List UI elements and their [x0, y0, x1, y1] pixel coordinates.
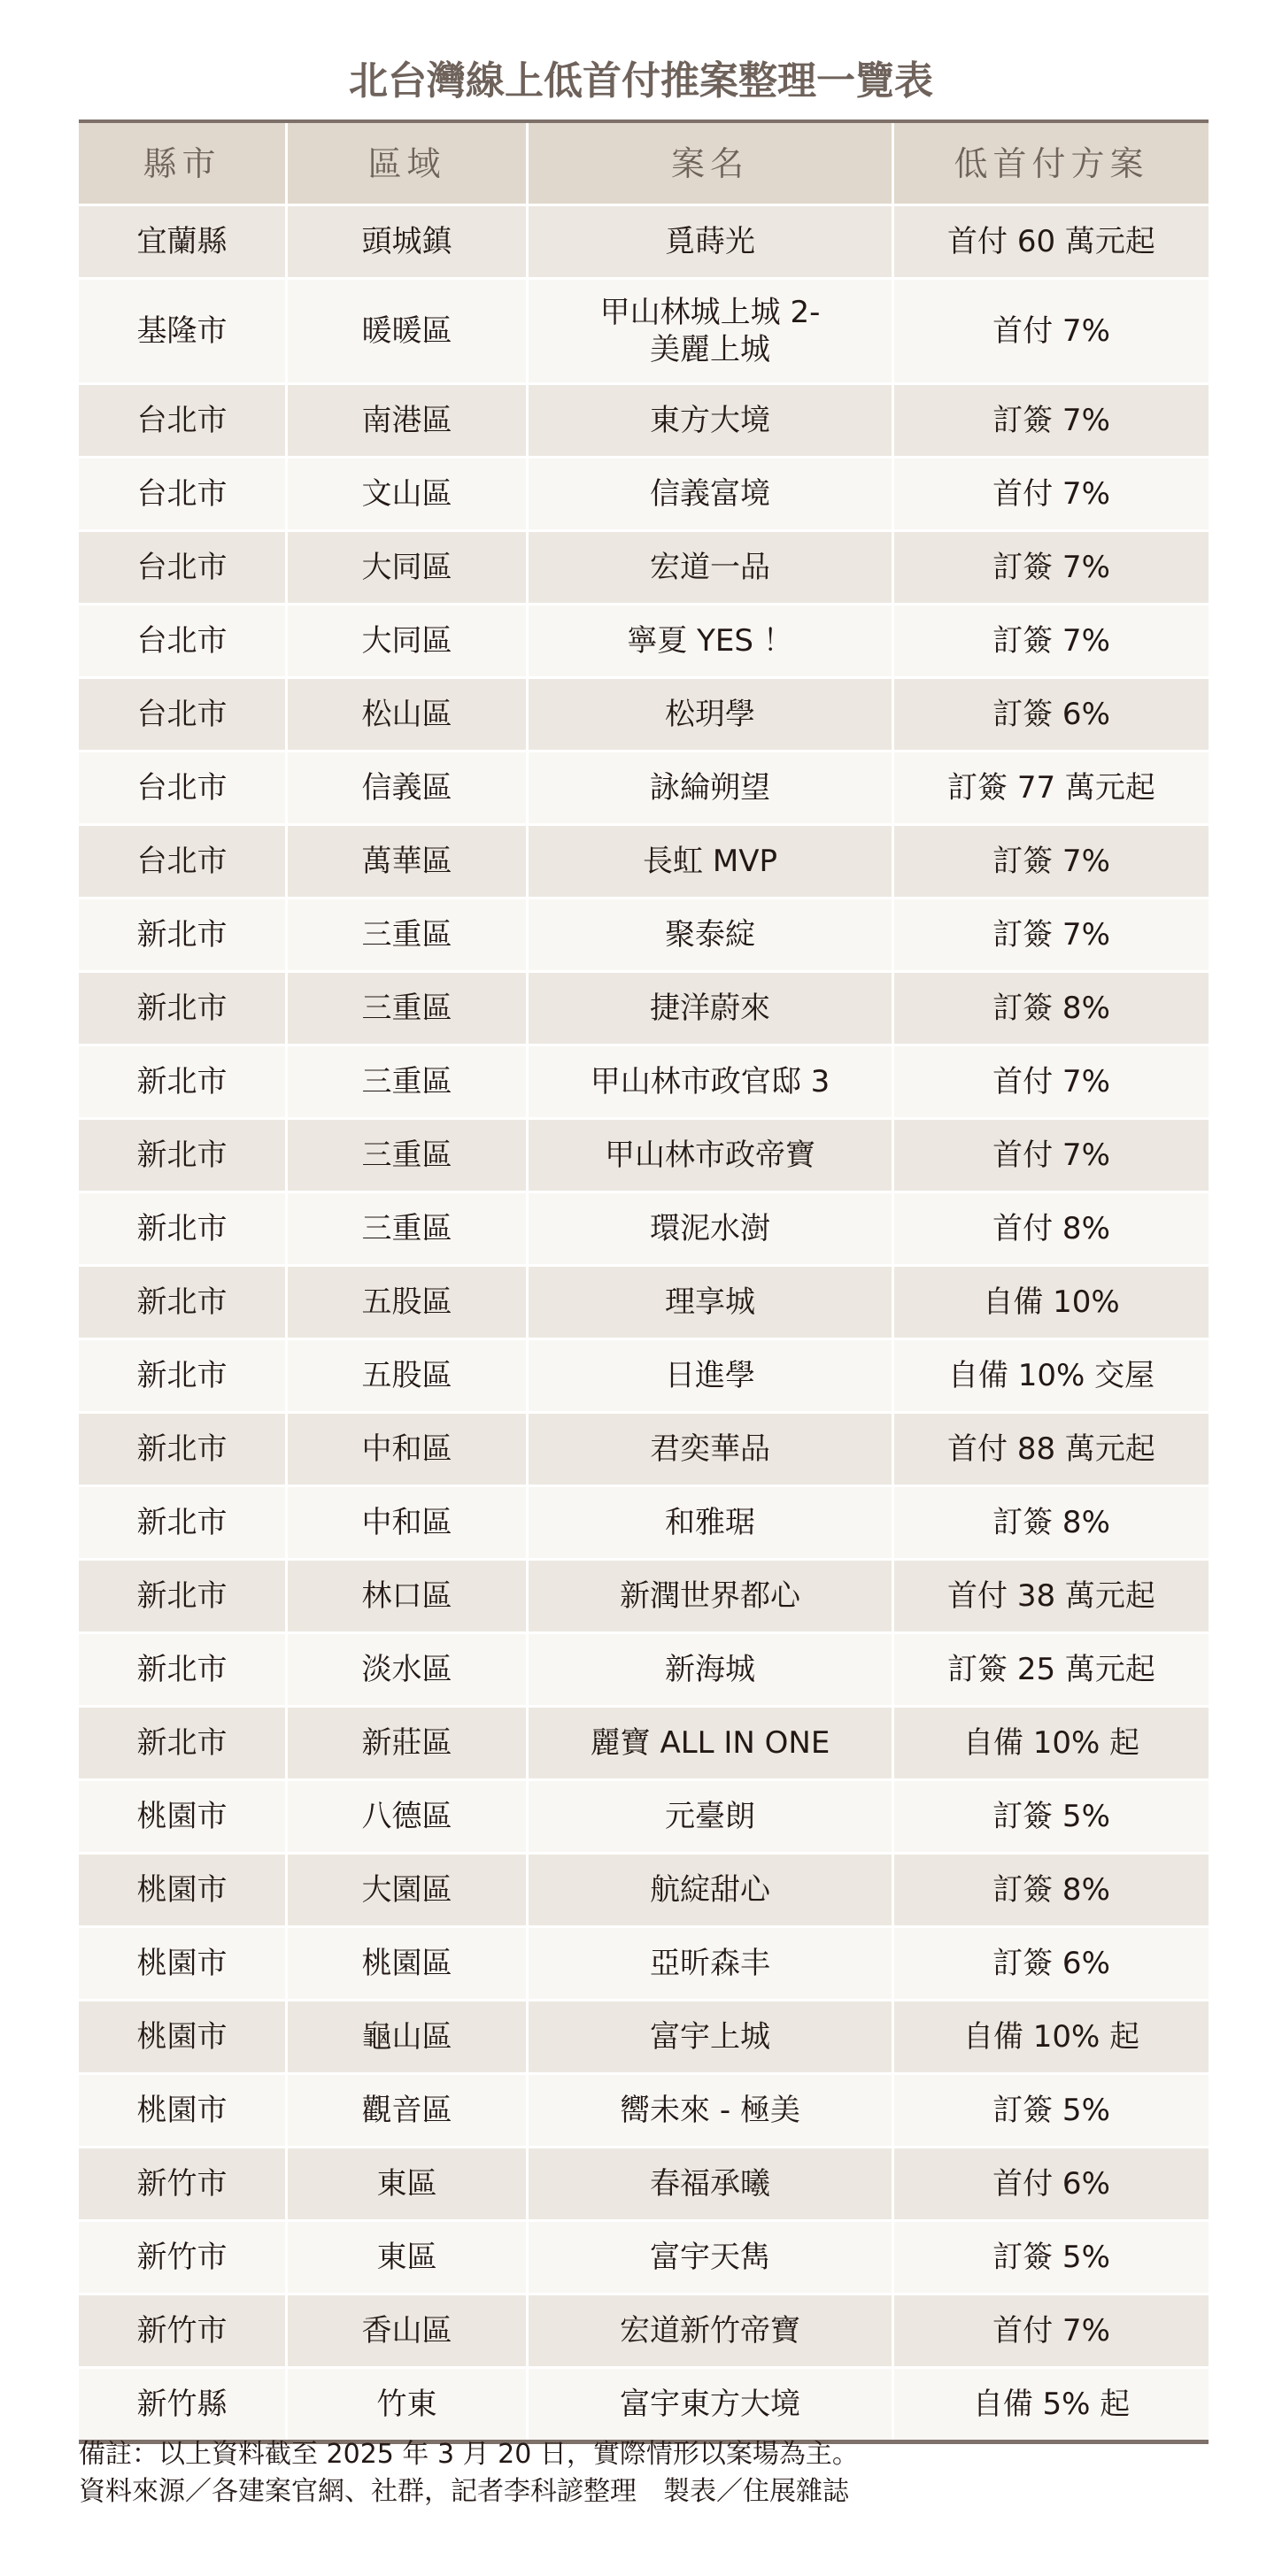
cell-plan: 自備 10% 交屋 [894, 1340, 1209, 1411]
cell-district: 萬華區 [288, 826, 529, 897]
cell-plan: 訂簽 7% [894, 385, 1209, 456]
cell-plan: 首付 7% [894, 280, 1209, 382]
header-plan: 低首付方案 [894, 123, 1209, 204]
table-header-row: 縣市 區域 案名 低首付方案 [79, 123, 1209, 206]
footer-source: 資料來源／各建案官網、社群，記者李科諺整理 製表／住展雜誌 [79, 2473, 859, 2510]
cell-project: 甲山林市政官邸 3 [529, 1046, 894, 1117]
table-row: 新北市新莊區麗寶 ALL IN ONE自備 10% 起 [79, 1708, 1209, 1781]
cell-plan: 首付 60 萬元起 [894, 206, 1209, 277]
cell-project: 航綻甜心 [529, 1855, 894, 1925]
cell-district: 八德區 [288, 1781, 529, 1852]
table-row: 新竹市東區富宇天雋訂簽 5% [79, 2222, 1209, 2295]
table-row: 台北市文山區信義富境首付 7% [79, 459, 1209, 532]
cell-county: 新北市 [79, 1414, 288, 1485]
header-county: 縣市 [79, 123, 288, 204]
cell-district: 五股區 [288, 1340, 529, 1411]
cell-district: 三重區 [288, 899, 529, 970]
cell-project: 元臺朗 [529, 1781, 894, 1852]
cell-district: 文山區 [288, 459, 529, 529]
cell-project: 麗寶 ALL IN ONE [529, 1708, 894, 1778]
cell-district: 大同區 [288, 605, 529, 676]
cell-project: 甲山林市政帝寶 [529, 1120, 894, 1191]
table-row: 新北市中和區君奕華品首付 88 萬元起 [79, 1414, 1209, 1487]
table-row: 台北市大同區宏道一品訂簽 7% [79, 532, 1209, 605]
cell-district: 三重區 [288, 973, 529, 1044]
cell-project: 宏道新竹帝寶 [529, 2295, 894, 2366]
cell-county: 新竹縣 [79, 2369, 288, 2440]
cell-plan: 訂簽 7% [894, 826, 1209, 897]
cell-county: 桃園市 [79, 1855, 288, 1925]
cell-project: 信義富境 [529, 459, 894, 529]
cell-project: 亞昕森丰 [529, 1928, 894, 1999]
cell-district: 淡水區 [288, 1634, 529, 1705]
cell-county: 桃園市 [79, 1928, 288, 1999]
cell-district: 竹東 [288, 2369, 529, 2440]
table-row: 新北市三重區環泥水澍首付 8% [79, 1193, 1209, 1267]
table-row: 桃園市大園區航綻甜心訂簽 8% [79, 1855, 1209, 1928]
table-row: 新竹市香山區宏道新竹帝寶首付 7% [79, 2295, 1209, 2369]
cell-project: 東方大境 [529, 385, 894, 456]
cell-plan: 訂簽 8% [894, 1487, 1209, 1558]
cell-district: 三重區 [288, 1120, 529, 1191]
cell-project: 新潤世界都心 [529, 1561, 894, 1631]
page-title: 北台灣線上低首付推案整理一覽表 [0, 55, 1282, 108]
cell-project: 春福承曦 [529, 2148, 894, 2219]
cell-county: 台北市 [79, 459, 288, 529]
cell-district: 林口區 [288, 1561, 529, 1631]
cell-county: 新北市 [79, 1634, 288, 1705]
table-row: 台北市大同區寧夏 YES ！訂簽 7% [79, 605, 1209, 679]
cell-project: 環泥水澍 [529, 1193, 894, 1264]
cell-project: 甲山林城上城 2- 美麗上城 [529, 280, 894, 382]
cell-county: 基隆市 [79, 280, 288, 382]
cell-project: 詠綸朔望 [529, 752, 894, 823]
cell-project: 長虹 MVP [529, 826, 894, 897]
cell-district: 大同區 [288, 532, 529, 603]
cell-project: 富宇上城 [529, 2001, 894, 2072]
cell-plan: 自備 5% 起 [894, 2369, 1209, 2440]
cell-district: 新莊區 [288, 1708, 529, 1778]
cell-plan: 訂簽 7% [894, 532, 1209, 603]
cell-county: 台北市 [79, 679, 288, 750]
cell-district: 中和區 [288, 1414, 529, 1485]
table-row: 桃園市桃園區亞昕森丰訂簽 6% [79, 1928, 1209, 2001]
cell-plan: 首付 8% [894, 1193, 1209, 1264]
cell-county: 新北市 [79, 899, 288, 970]
cell-plan: 訂簽 5% [894, 2222, 1209, 2293]
table-row: 桃園市觀音區嚮未來 - 極美訂簽 5% [79, 2075, 1209, 2148]
table-row: 桃園市八德區元臺朗訂簽 5% [79, 1781, 1209, 1855]
cell-county: 桃園市 [79, 2001, 288, 2072]
cell-county: 新北市 [79, 1193, 288, 1264]
cell-district: 觀音區 [288, 2075, 529, 2146]
cell-project: 新海城 [529, 1634, 894, 1705]
cell-district: 三重區 [288, 1046, 529, 1117]
cell-county: 桃園市 [79, 2075, 288, 2146]
footer: 備註：以上資料截至 2025 年 3 月 20 日，實際情形以案場為主。 資料來… [79, 2436, 859, 2510]
cell-project: 松玥學 [529, 679, 894, 750]
table-row: 新北市林口區新潤世界都心首付 38 萬元起 [79, 1561, 1209, 1634]
cell-project: 理享城 [529, 1267, 894, 1338]
cell-plan: 自備 10% [894, 1267, 1209, 1338]
data-table: 縣市 區域 案名 低首付方案 宜蘭縣頭城鎮覓蒔光首付 60 萬元起基隆市暖暖區甲… [79, 120, 1209, 2444]
cell-district: 東區 [288, 2222, 529, 2293]
table-row: 台北市松山區松玥學訂簽 6% [79, 679, 1209, 752]
cell-county: 台北市 [79, 826, 288, 897]
cell-district: 暖暖區 [288, 280, 529, 382]
cell-county: 台北市 [79, 532, 288, 603]
cell-project: 和雅琚 [529, 1487, 894, 1558]
table-row: 新北市三重區捷洋蔚來訂簽 8% [79, 973, 1209, 1046]
cell-project: 覓蒔光 [529, 206, 894, 277]
cell-plan: 訂簽 8% [894, 973, 1209, 1044]
cell-district: 東區 [288, 2148, 529, 2219]
cell-district: 松山區 [288, 679, 529, 750]
cell-district: 大園區 [288, 1855, 529, 1925]
table-row: 台北市萬華區長虹 MVP訂簽 7% [79, 826, 1209, 899]
table-row: 新北市五股區理享城自備 10% [79, 1267, 1209, 1340]
cell-district: 五股區 [288, 1267, 529, 1338]
header-district: 區域 [288, 123, 529, 204]
cell-county: 新北市 [79, 973, 288, 1044]
table-row: 新竹市東區春福承曦首付 6% [79, 2148, 1209, 2222]
cell-plan: 首付 7% [894, 2295, 1209, 2366]
cell-project: 聚泰綻 [529, 899, 894, 970]
table-row: 台北市南港區東方大境訂簽 7% [79, 385, 1209, 459]
table-row: 台北市信義區詠綸朔望訂簽 77 萬元起 [79, 752, 1209, 826]
cell-project: 富宇東方大境 [529, 2369, 894, 2440]
cell-county: 新北市 [79, 1561, 288, 1631]
cell-plan: 首付 7% [894, 459, 1209, 529]
cell-county: 新北市 [79, 1340, 288, 1411]
table-row: 新北市三重區甲山林市政官邸 3首付 7% [79, 1046, 1209, 1120]
table-row: 新北市三重區聚泰綻訂簽 7% [79, 899, 1209, 973]
cell-district: 信義區 [288, 752, 529, 823]
cell-district: 香山區 [288, 2295, 529, 2366]
cell-district: 頭城鎮 [288, 206, 529, 277]
cell-district: 龜山區 [288, 2001, 529, 2072]
cell-plan: 自備 10% 起 [894, 2001, 1209, 2072]
cell-project: 嚮未來 - 極美 [529, 2075, 894, 2146]
table-row: 新北市五股區日進學自備 10% 交屋 [79, 1340, 1209, 1414]
cell-plan: 首付 88 萬元起 [894, 1414, 1209, 1485]
cell-plan: 首付 38 萬元起 [894, 1561, 1209, 1631]
cell-project: 捷洋蔚來 [529, 973, 894, 1044]
cell-project: 富宇天雋 [529, 2222, 894, 2293]
cell-plan: 自備 10% 起 [894, 1708, 1209, 1778]
table-row: 宜蘭縣頭城鎮覓蒔光首付 60 萬元起 [79, 206, 1209, 280]
cell-county: 新竹市 [79, 2222, 288, 2293]
cell-county: 台北市 [79, 605, 288, 676]
cell-plan: 訂簽 8% [894, 1855, 1209, 1925]
cell-district: 三重區 [288, 1193, 529, 1264]
cell-plan: 訂簽 6% [894, 679, 1209, 750]
cell-project: 宏道一品 [529, 532, 894, 603]
cell-plan: 訂簽 77 萬元起 [894, 752, 1209, 823]
cell-plan: 首付 6% [894, 2148, 1209, 2219]
table-row: 桃園市龜山區富宇上城自備 10% 起 [79, 2001, 1209, 2075]
table-row: 新北市中和區和雅琚訂簽 8% [79, 1487, 1209, 1561]
table-row: 新竹縣竹東富宇東方大境自備 5% 起 [79, 2369, 1209, 2440]
table-row: 基隆市暖暖區甲山林城上城 2- 美麗上城首付 7% [79, 280, 1209, 385]
cell-district: 中和區 [288, 1487, 529, 1558]
cell-county: 新北市 [79, 1120, 288, 1191]
cell-plan: 首付 7% [894, 1120, 1209, 1191]
cell-district: 桃園區 [288, 1928, 529, 1999]
header-project: 案名 [529, 123, 894, 204]
cell-plan: 訂簽 5% [894, 1781, 1209, 1852]
cell-plan: 訂簽 6% [894, 1928, 1209, 1999]
cell-county: 宜蘭縣 [79, 206, 288, 277]
cell-plan: 訂簽 7% [894, 899, 1209, 970]
cell-project: 寧夏 YES ！ [529, 605, 894, 676]
cell-project: 君奕華品 [529, 1414, 894, 1485]
cell-county: 新北市 [79, 1267, 288, 1338]
cell-district: 南港區 [288, 385, 529, 456]
table-row: 新北市淡水區新海城訂簽 25 萬元起 [79, 1634, 1209, 1708]
table-row: 新北市三重區甲山林市政帝寶首付 7% [79, 1120, 1209, 1193]
cell-county: 新北市 [79, 1046, 288, 1117]
cell-project: 日進學 [529, 1340, 894, 1411]
cell-county: 新竹市 [79, 2148, 288, 2219]
cell-plan: 訂簽 7% [894, 605, 1209, 676]
cell-plan: 首付 7% [894, 1046, 1209, 1117]
cell-county: 新北市 [79, 1487, 288, 1558]
cell-county: 新竹市 [79, 2295, 288, 2366]
footer-note: 備註：以上資料截至 2025 年 3 月 20 日，實際情形以案場為主。 [79, 2436, 859, 2473]
cell-plan: 訂簽 25 萬元起 [894, 1634, 1209, 1705]
cell-county: 台北市 [79, 385, 288, 456]
cell-plan: 訂簽 5% [894, 2075, 1209, 2146]
cell-county: 新北市 [79, 1708, 288, 1778]
cell-county: 桃園市 [79, 1781, 288, 1852]
cell-county: 台北市 [79, 752, 288, 823]
